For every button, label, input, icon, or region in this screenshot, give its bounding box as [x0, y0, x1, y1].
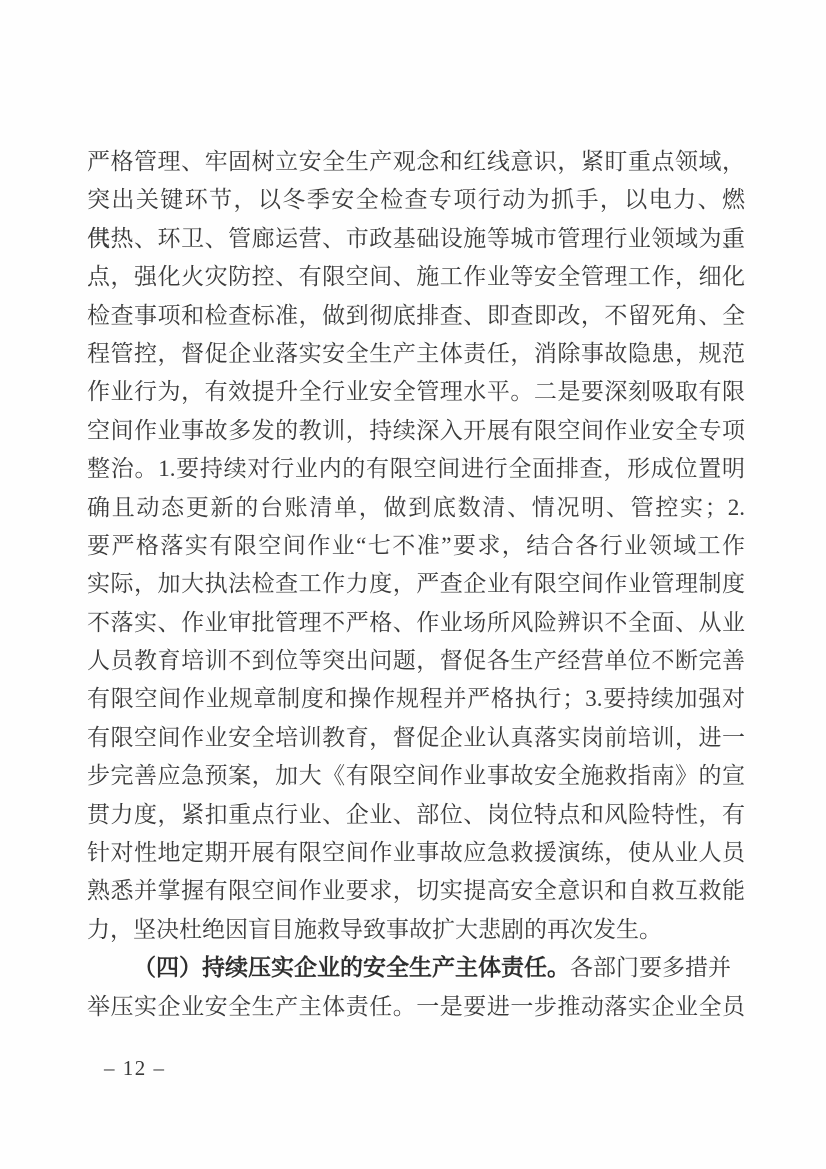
body-line: 程管控，督促企业落实安全生产主体责任，消除事故隐患，规范	[87, 335, 745, 373]
body-line: 有限空间作业规章制度和操作规程并严格执行；3.要持续加强对	[87, 680, 745, 718]
body-line: 检查事项和检查标准，做到彻底排查、即查即改，不留死角、全	[87, 297, 745, 335]
body-line: 针对性地定期开展有限空间作业事故应急救援演练，使从业人员	[87, 834, 745, 872]
page-number: – 12 –	[104, 1056, 166, 1081]
body-line: 确且动态更新的台账清单，做到底数清、情况明、管控实；2.	[87, 489, 745, 527]
body-line: 要严格落实有限空间作业“七不准”要求，结合各行业领域工作	[87, 527, 745, 565]
body-line: 熟悉并掌握有限空间作业要求，切实提高安全意识和自救互救能	[87, 872, 745, 910]
body-line: 整治。1.要持续对行业内的有限空间进行全面排查，形成位置明	[87, 450, 745, 488]
section-heading-line: （四）持续压实企业的安全生产主体责任。各部门要多措并	[87, 949, 745, 987]
body-line: 空间作业事故多发的教训，持续深入开展有限空间作业安全专项	[87, 412, 745, 450]
document-page: 严格管理、牢固树立安全生产观念和红线意识，紧盯重点领域， 突出关键环节，以冬季安…	[0, 0, 826, 1169]
body-line: 突出关键环节，以冬季安全检查专项行动为抓手，以电力、燃气、	[87, 181, 745, 219]
body-line-paragraph-end: 力，坚决杜绝因盲目施救导致事故扩大悲剧的再次发生。	[87, 911, 745, 949]
body-line: 供热、环卫、管廊运营、市政基础设施等城市管理行业领域为重	[87, 220, 745, 258]
body-line: 步完善应急预案，加大《有限空间作业事故安全施救指南》的宣	[87, 757, 745, 795]
body-line: 有限空间作业安全培训教育，督促企业认真落实岗前培训，进一	[87, 719, 745, 757]
body-line: 严格管理、牢固树立安全生产观念和红线意识，紧盯重点领域，	[87, 143, 745, 181]
body-text-block: 严格管理、牢固树立安全生产观念和红线意识，紧盯重点领域， 突出关键环节，以冬季安…	[87, 143, 745, 1026]
body-line: 举压实企业安全生产主体责任。一是要进一步推动落实企业全员	[87, 988, 745, 1026]
body-line: 人员教育培训不到位等突出问题，督促各生产经营单位不断完善	[87, 642, 745, 680]
body-line: 实际，加大执法检查工作力度，严查企业有限空间作业管理制度	[87, 565, 745, 603]
section-heading-rest: 各部门要多措并	[570, 955, 731, 980]
body-line: 不落实、作业审批管理不严格、作业场所风险辨识不全面、从业	[87, 604, 745, 642]
body-line: 作业行为，有效提升全行业安全管理水平。二是要深刻吸取有限	[87, 373, 745, 411]
body-line: 贯力度，紧扣重点行业、企业、部位、岗位特点和风险特性，有	[87, 796, 745, 834]
body-line: 点，强化火灾防控、有限空间、施工作业等安全管理工作，细化	[87, 258, 745, 296]
section-heading: （四）持续压实企业的安全生产主体责任。	[133, 955, 570, 980]
